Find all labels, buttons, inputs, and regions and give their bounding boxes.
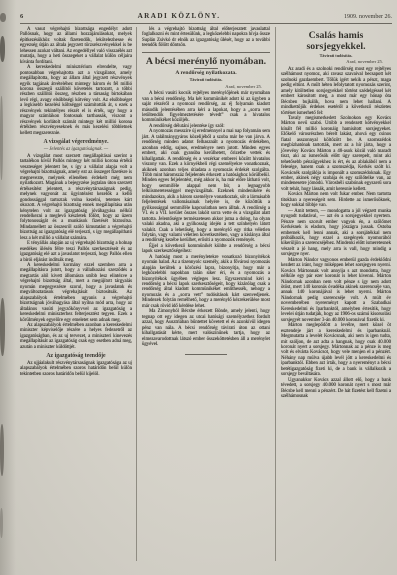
section-subtitle: — Jelentés az igazgatóságnak. —: [20, 147, 132, 152]
article-paragraph: lés a végrehajtó bizottság által előterj…: [142, 27, 270, 49]
article-continuation: A vasut végrehajtó bizottsága engedélyt …: [20, 27, 132, 136]
article-paragraph: Márton meglepődött a levélre, mert közel…: [281, 323, 391, 378]
article-paragraph: A nyomozás messzire új eredménnyel a mai…: [142, 129, 270, 244]
article-paragraph: Ugyanakkor Kovács azzal állott elő, hogy…: [281, 378, 391, 400]
column-middle: lés a végrehajtó bizottság által előterj…: [136, 27, 276, 561]
scan-smudge: [0, 36, 5, 62]
section-body: A vizsgálat most szerzett megállapításai…: [20, 154, 132, 350]
section-body: Az ujjáalakult részvénytársaságnak igazg…: [20, 361, 132, 377]
newspaper-page: 6 ARADI KÖZLÖNY. 1909. november 26. A va…: [0, 0, 397, 575]
wire-credit: Távirati tudósítás.: [281, 53, 391, 58]
article-paragraph: Az aradi és a szolnoki rendőrség most eg…: [281, 67, 391, 116]
article-paragraph: Ma Zimonyból Bécsbe érkezett Bönde, amel…: [142, 309, 270, 347]
article-paragraph: A bécsi vasúti kocsik rejtélyes merénylő…: [142, 91, 270, 124]
issue-date: 1909. november 26.: [308, 14, 392, 20]
scan-smudge: [0, 424, 4, 476]
article-paragraph: A hatóság most a merényletekre vonatkozó…: [142, 255, 270, 310]
article-paragraph: Tavaly megismerkedett Szolnokon egy Ková…: [281, 116, 391, 192]
dateline: Arad, november 25.: [142, 84, 270, 89]
article-body: A bécsi vasúti kocsik rejtélyes merénylő…: [142, 91, 270, 347]
article-paragraph: A kereskedelmi minisztérium elrendelte, …: [20, 65, 132, 136]
scan-smudge: [0, 298, 5, 356]
masthead: 6 ARADI KÖZLÖNY. 1909. november 26.: [20, 12, 392, 24]
article-paragraph: — Amit tettem, — mondogatta a jól végzet…: [281, 209, 391, 258]
scan-smudge: [0, 96, 3, 180]
article-paragraph: A vasut végrehajtó bizottsága engedélyt …: [20, 27, 132, 65]
section-heading-teendoje: Az igazgatóság teendője: [20, 354, 132, 359]
headline-becsi-merenylo: A bécsi merénylő nyomában.: [142, 56, 270, 67]
article-paragraph: Kovács Márton nem volt fukar ember. Nem …: [281, 192, 391, 208]
wire-credit: Távirati tudósítás.: [142, 77, 270, 82]
article-subhead: A rendőrség nyilatkozata.: [142, 71, 270, 76]
article-paragraph: Éjjel a következő kommünikét küldte a re…: [142, 244, 270, 255]
page-number: 6: [20, 13, 50, 20]
article-divider-rule: [142, 52, 270, 53]
article-continuation: lés a végrehajtó bizottság által előterj…: [142, 27, 270, 49]
column-layout: A vasut végrehajtó bizottsága engedélyt …: [20, 27, 393, 561]
column-right: Csalás hamis sorsjegyekkel. Távirati tud…: [276, 27, 393, 561]
article-paragraph: Az alapszabályok értelmében azonban a ke…: [20, 323, 132, 350]
scan-smudge: [0, 13, 6, 22]
column-left: A vasut végrehajtó bizottsága engedélyt …: [20, 27, 136, 561]
article-paragraph: A kereskedelmi kormány ezzel szemben arr…: [20, 263, 132, 323]
article-paragraph: Az ujjáalakult részvénytársaságnak igazg…: [20, 361, 132, 377]
headline-csalas-sorsjegyekkel: Csalás hamis sorsjegyekkel.: [281, 30, 391, 52]
article-paragraph: E tényállás alapján az uj végrehajtó biz…: [20, 241, 132, 263]
headline-ornament-rule: [194, 68, 218, 69]
article-paragraph: Márton Nándor vagyonos emberül gazda érd…: [281, 258, 391, 323]
article-end-rule: [185, 354, 227, 355]
article-paragraph: A vizsgálat most szerzett megállapításai…: [20, 154, 132, 241]
article-body: Az aradi és a szolnoki rendőrség most eg…: [281, 67, 391, 400]
section-heading-vizsgalat: A vizsgálat végeredménye.: [20, 140, 132, 145]
dateline: Arad, november 25.: [281, 59, 391, 64]
newspaper-title: ARADI KÖZLÖNY.: [50, 12, 308, 20]
scan-smudge: [0, 508, 3, 538]
